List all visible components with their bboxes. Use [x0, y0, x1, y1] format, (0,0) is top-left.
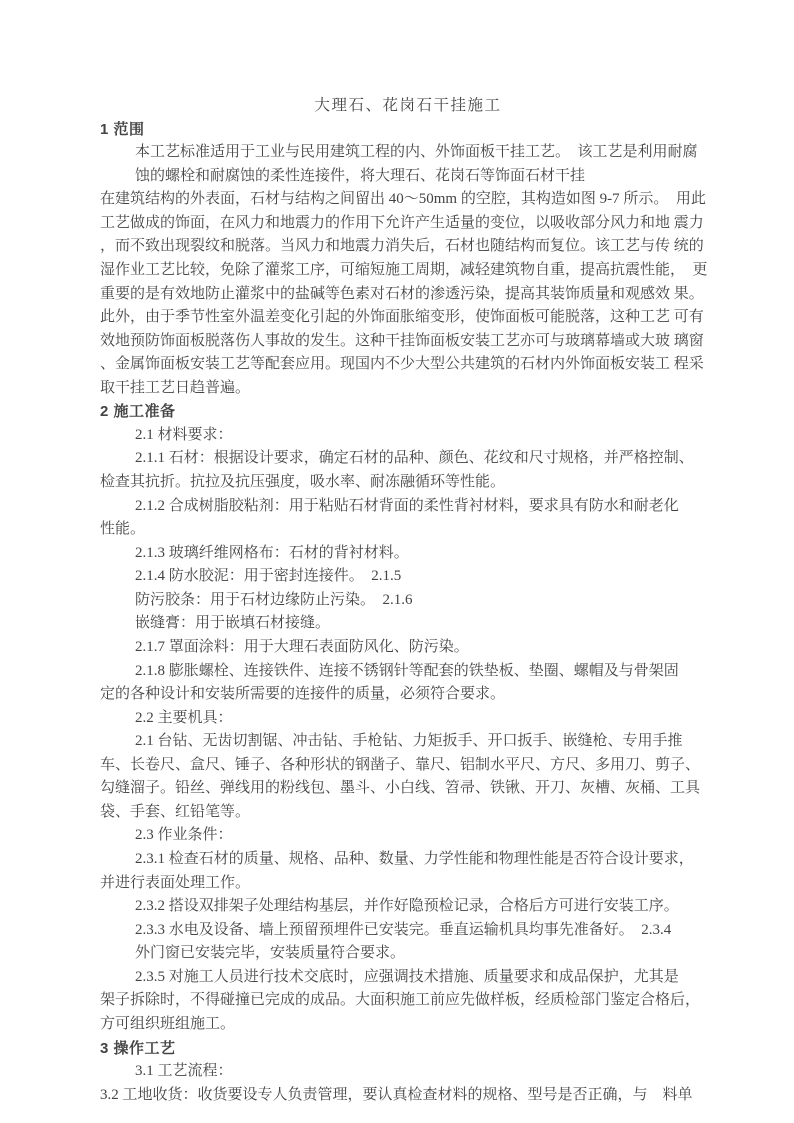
document-line: 嵌缝膏：用于嵌填石材接缝。	[100, 612, 716, 636]
document-line: 方可组织班组施工。	[100, 1013, 716, 1037]
document-line: 并进行表面处理工作。	[100, 872, 716, 896]
document-line: 重要的是有效地防止灌浆中的盐碱等色素对石材的渗透污染，提高其装饰质量和观感效 果…	[100, 283, 716, 307]
document-line: 检查其抗折。抗拉及抗压强度，吸水率、耐冻融循环等性能。	[100, 471, 716, 495]
section-heading: 2 施工准备	[100, 400, 716, 424]
document-title: 大理石、花岗石干挂施工	[100, 94, 716, 118]
document-line: 本工艺标准适用于工业与民用建筑工程的内、外饰面板干挂工艺。 该工艺是利用耐腐	[100, 141, 716, 165]
document-line: 架子拆除时，不得碰撞已完成的成品。大面积施工前应先做样板，经质检部门鉴定合格后，	[100, 989, 716, 1013]
document-line: 2.1.4 防水胶泥：用于密封连接件。 2.1.5	[100, 565, 716, 589]
document-line: 外门窗已安装完毕，安装质量符合要求。	[100, 942, 716, 966]
document-line: 2.1.7 罩面涂料：用于大理石表面防风化、防污染。	[100, 636, 716, 660]
document-line: 勾缝溜子。铅丝、弹线用的粉线包、墨斗、小白线、笤帚、铁锹、开刀、灰槽、灰桶、工具	[100, 777, 716, 801]
document-line: 此外，由于季节性室外温差变化引起的外饰面胀缩变形，使饰面板可能脱落，这种工艺 可…	[100, 306, 716, 330]
document-line: 2.3.2 搭设双排架子处理结构基层，并作好隐预检记录，合格后方可进行安装工序。	[100, 895, 716, 919]
document-line: 防污胶条：用于石材边缘防止污染。 2.1.6	[100, 589, 716, 613]
document-line: 取干挂工艺日趋普遍。	[100, 377, 716, 401]
document-line: 3.1 工艺流程：	[100, 1060, 716, 1084]
document-line: 2.1.1 石材：根据设计要求，确定石材的品种、颜色、花纹和尺寸规格，并严格控制…	[100, 447, 716, 471]
document-line: 湿作业工艺比较，免除了灌浆工序，可缩短施工周期，减轻建筑物自重，提高抗震性能， …	[100, 259, 716, 283]
document-line: 2.3 作业条件：	[100, 824, 716, 848]
document-line: 定的各种设计和安装所需要的连接件的质量，必须符合要求。	[100, 683, 716, 707]
document-line: 在建筑结构的外表面，石材与结构之间留出 40～50mm 的空腔，其构造如图 9-…	[100, 188, 716, 212]
document-line: 2.3.3 水电及设备、墙上预留预埋件已安装完。垂直运输机具均事先准备好。 2.…	[100, 919, 716, 943]
document-lines: 1 范围本工艺标准适用于工业与民用建筑工程的内、外饰面板干挂工艺。 该工艺是利用…	[100, 118, 716, 1108]
document-line: 2.1.8 膨胀螺栓、连接铁件、连接不锈钢针等配套的铁垫板、垫圈、螺帽及与骨架固	[100, 660, 716, 684]
document-line: 2.3.1 检查石材的质量、规格、品种、数量、力学性能和物理性能是否符合设计要求…	[100, 848, 716, 872]
document-line: 性能。	[100, 518, 716, 542]
document-line: 2.1 材料要求：	[100, 424, 716, 448]
document-line: ，而不致出现裂纹和脱落。当风力和地震力消失后，石材也随结构而复位。该工艺与传 统…	[100, 235, 716, 259]
document-page: 大理石、花岗石干挂施工 1 范围本工艺标准适用于工业与民用建筑工程的内、外饰面板…	[0, 0, 794, 1123]
document-line: 2.1 台钻、无齿切割锯、冲击钻、手枪钻、力矩扳手、开口扳手、嵌缝枪、专用手推	[100, 730, 716, 754]
document-line: 效地预防饰面板脱落伤人事故的发生。这种干挂饰面板安装工艺亦可与玻璃幕墙或大玻 璃…	[100, 330, 716, 354]
document-line: 车、长卷尺、盒尺、锤子、各种形状的钢凿子、靠尺、铝制水平尺、方尺、多用刀、剪子、	[100, 754, 716, 778]
document-line: 2.1.3 玻璃纤维网格布：石材的背衬材料。	[100, 542, 716, 566]
document-line: 2.1.2 合成树脂胶粘剂：用于粘贴石材背面的柔性背衬材料，要求具有防水和耐老化	[100, 495, 716, 519]
document-line: 工艺做成的饰面，在风力和地震力的作用下允许产生适量的变位，以吸收部分风力和地 震…	[100, 212, 716, 236]
document-line: 蚀的螺栓和耐腐蚀的柔性连接件，将大理石、花岗石等饰面石材干挂	[100, 165, 716, 189]
document-line: 袋、手套、红铅笔等。	[100, 801, 716, 825]
document-line: 2.2 主要机具：	[100, 707, 716, 731]
document-line: 2.3.5 对施工人员进行技术交底时，应强调技术措施、质量要求和成品保护，尤其是	[100, 966, 716, 990]
section-heading: 1 范围	[100, 118, 716, 142]
section-heading: 3 操作工艺	[100, 1037, 716, 1061]
document-line: 、金属饰面板安装工艺等配套应用。现国内不少大型公共建筑的石材内外饰面板安装工 程…	[100, 353, 716, 377]
document-line: 3.2 工地收货：收货要设专人负责管理，要认真检查材料的规格、型号是否正确，与 …	[100, 1084, 716, 1108]
